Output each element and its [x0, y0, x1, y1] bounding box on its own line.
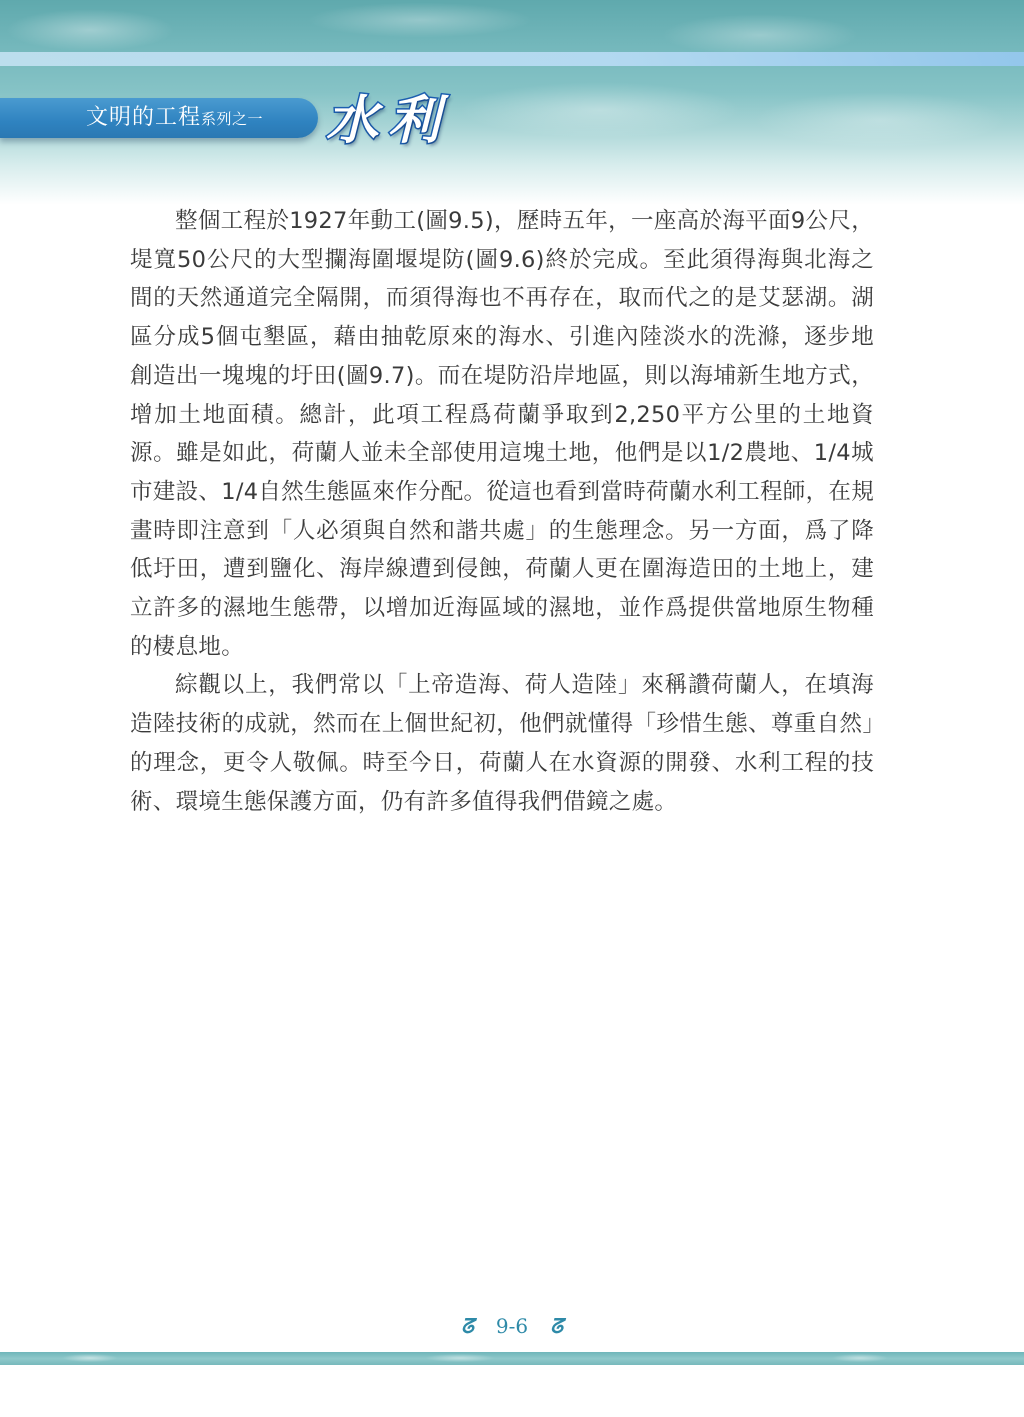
page-footer: ᘔ9-6ᘔ [0, 1314, 1024, 1338]
series-main-title: 文明的工程 [86, 105, 201, 130]
ornament-right-icon: ᘔ [550, 1314, 563, 1338]
series-label: 文明的工程系列之一 [86, 104, 263, 132]
body-content: 整個工程於1927年動工(圖9.5)，歷時五年，一座高於海平面9公尺，堤寬50公… [130, 202, 874, 821]
page-number: 9-6 [496, 1314, 528, 1338]
header-light-stripe [0, 52, 1024, 66]
ornament-left-icon: ᘔ [461, 1314, 474, 1338]
paragraph-1: 整個工程於1927年動工(圖9.5)，歷時五年，一座高於海平面9公尺，堤寬50公… [130, 202, 874, 666]
chapter-title: 水利 [326, 78, 450, 153]
footer-water-band [0, 1352, 1024, 1365]
series-subtitle: 系列之一 [201, 110, 263, 128]
paragraph-2: 綜觀以上，我們常以「上帝造海、荷人造陸」來稱讚荷蘭人，在填海造陸技術的成就，然而… [130, 666, 874, 821]
